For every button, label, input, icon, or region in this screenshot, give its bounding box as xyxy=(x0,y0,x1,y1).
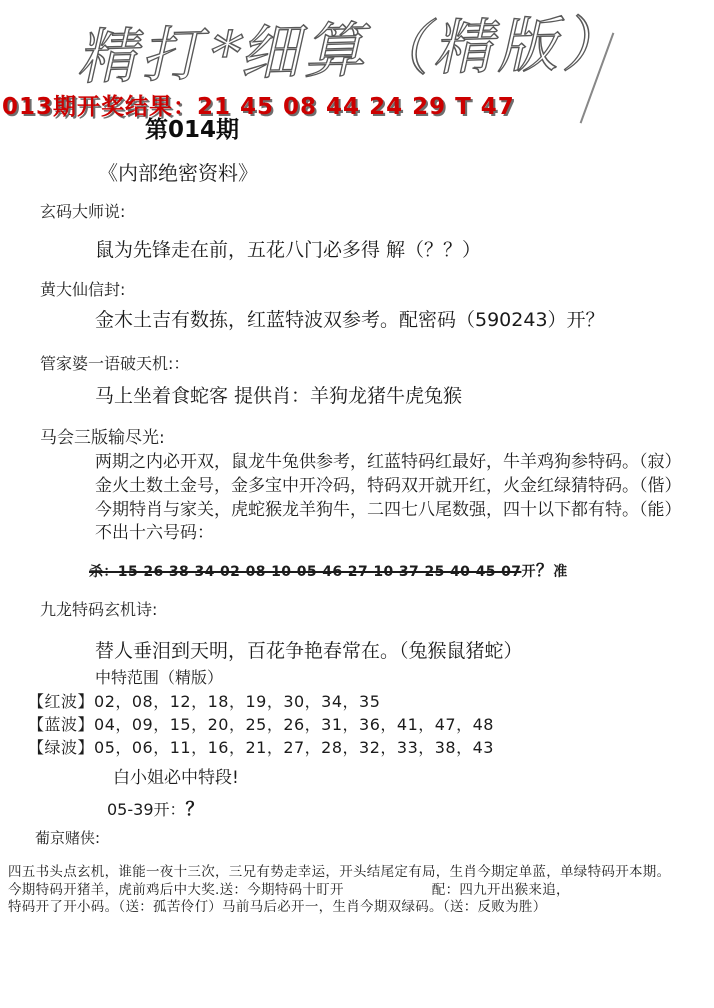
section-heading-mahui: 马会三版输尽光: xyxy=(40,423,165,448)
baixiaojie-question-mark: ？ xyxy=(186,799,204,820)
wave-blue-label: 【蓝波】 xyxy=(28,715,94,734)
jiulong-range-label: 中特范围（精版） xyxy=(95,665,223,688)
wave-numbers-table: 【红波】02，08，12，18，19，30，34，35 【蓝波】04，09，15… xyxy=(28,690,494,759)
pujing-line-3: 特码开了开小码。（送：孤苦伶仃）马前马后必开一，生肖今期双绿码。（送：反败为胜） xyxy=(8,899,670,917)
mahui-subheading-sixteen-numbers: 不出十六号码： xyxy=(95,518,214,543)
pujing-line-2: 今期特码开猪羊，虎前鸡后中大奖.送：今期特码十盯开配：四九开出猴来追， xyxy=(8,882,670,900)
wave-row-red: 【红波】02，08，12，18，19，30，34，35 xyxy=(28,690,494,713)
section-heading-guanjiapo: 管家婆一语破天机:： xyxy=(40,351,189,374)
wave-red-numbers: 02，08，12，18，19，30，34，35 xyxy=(94,692,380,711)
kill-numbers-line: 杀：15 26 38 34 02 08 10 05 46 27 10 37 25… xyxy=(89,556,568,581)
section-heading-pujing: 葡京赌侠: xyxy=(35,827,100,848)
pujing-line-2-left: 今期特码开猪羊，虎前鸡后中大奖.送：今期特码十盯开 xyxy=(8,882,344,898)
issue-number-title: 第014期 xyxy=(145,111,239,144)
sketch-masthead-title: 精打*细算（精版） xyxy=(73,0,642,96)
kill-accurate-char: 准 xyxy=(553,564,567,580)
wave-row-green: 【绿波】05，06，11，16，21，27，28，32，33，38，43 xyxy=(28,736,494,759)
wave-green-label: 【绿波】 xyxy=(28,738,94,757)
baixiaojie-open-range: 05-39开：？ xyxy=(107,795,204,821)
kill-open-char: 开 xyxy=(521,564,535,580)
section-body-wongtaisin: 金木土吉有数拣，红蓝特波双参考。配密码（590243）开？ xyxy=(95,305,605,332)
wave-blue-numbers: 04，09，15，20，25，26，31，36，41，47，48 xyxy=(94,715,494,734)
previous-draw-result: 013期开奖结果：21 45 08 44 24 29 T 47 xyxy=(2,88,515,121)
pujing-line-2-right: 配：四九开出猴来追， xyxy=(432,882,570,898)
baixiaojie-open-prefix: 05-39开： xyxy=(107,800,186,819)
baixiaojie-line: 白小姐必中特段! xyxy=(113,763,239,788)
kill-numbers-struck: 杀：15 26 38 34 02 08 10 05 46 27 10 37 25… xyxy=(89,564,521,580)
jiulong-poem-line: 替人垂泪到天明，百花争艳春常在。（兔猴鼠猪蛇） xyxy=(95,636,523,663)
section-body-mahui: 两期之内必开双，鼠龙牛兔供参考，红蓝特码红最好，牛羊鸡狗参特码。（寂） 金火土数… xyxy=(95,450,682,522)
pujing-line-1: 四五书头点玄机，谁能一夜十三次，三兄有势走幸运，开头结尾定有局，生肖今期定单蓝，… xyxy=(8,864,670,882)
kill-question-mark: ？ xyxy=(536,561,553,581)
mahui-line-2: 金火土数土金号，金多宝中开冷码，特码双开就开红，火金红绿猜特码。（偕） xyxy=(95,474,682,498)
mahui-line-1: 两期之内必开双，鼠龙牛兔供参考，红蓝特码红最好，牛羊鸡狗参特码。（寂） xyxy=(95,450,682,474)
section-heading-xuanma-master: 玄码大师说: xyxy=(40,199,125,222)
pujing-verse-block: 四五书头点玄机，谁能一夜十三次，三兄有势走幸运，开头结尾定有局，生肖今期定单蓝，… xyxy=(8,864,670,917)
wave-green-numbers: 05，06，11，16，21，27，28，32，33，38，43 xyxy=(94,738,494,757)
wave-row-blue: 【蓝波】04，09，15，20，25，26，31，36，41，47，48 xyxy=(28,713,494,736)
wave-red-label: 【红波】 xyxy=(28,692,94,711)
section-heading-jiulong-poem: 九龙特码玄机诗: xyxy=(40,597,157,620)
secret-material-title: 《内部绝密资料》 xyxy=(98,157,258,186)
section-heading-wongtaisin: 黄大仙信封: xyxy=(40,277,125,300)
section-body-xuanma-master: 鼠为先锋走在前，五花八门必多得 解（？？） xyxy=(95,235,481,262)
section-body-guanjiapo: 马上坐着食蛇客 提供肖：羊狗龙猪牛虎兔猴 xyxy=(95,381,462,408)
